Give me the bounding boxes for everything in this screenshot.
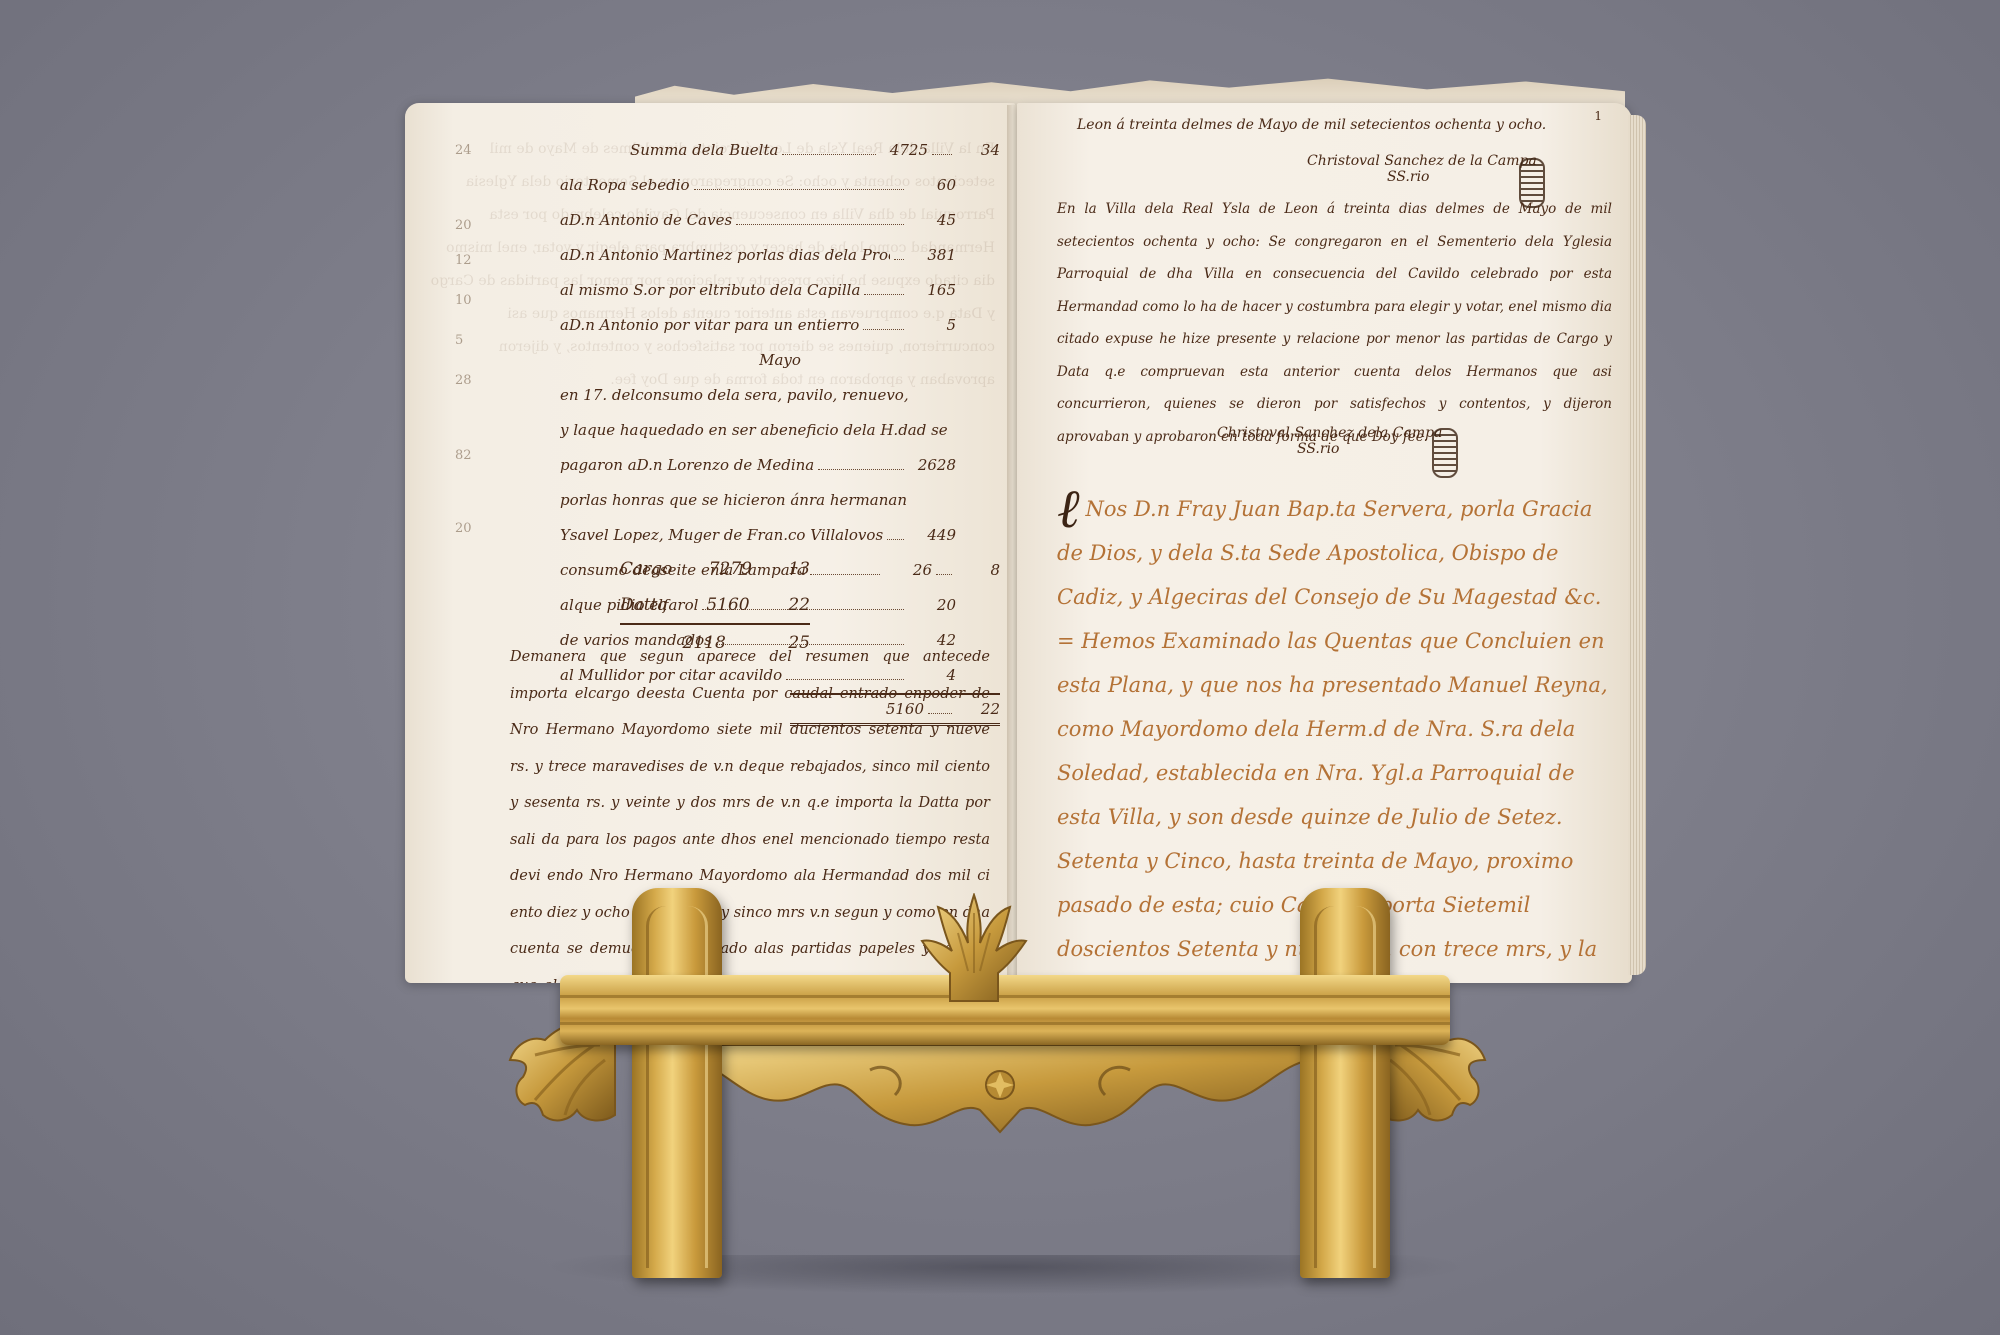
closing-paragraph: Demanera que segun aparece del resumen q… <box>510 639 990 983</box>
ledger-row: pagaron aD.n Lorenzo de Medina 2628 <box>560 448 1000 483</box>
stand-shadow <box>540 1255 1470 1295</box>
bishop-decree: ℓ Nos D.n Fray Juan Bap.ta Servera, porl… <box>1057 487 1617 983</box>
margin-number: 82 <box>455 448 472 463</box>
margin-number: 28 <box>455 373 472 388</box>
margin-number: 10 <box>455 293 472 308</box>
minutes-paragraph: En la Villa dela Real Ysla de Leon á tre… <box>1057 193 1612 453</box>
signature-2: Christoval Sanchez dela Campa SS.rio <box>1217 425 1442 457</box>
ledger-row: al mismo S.or por eltributo dela Capilla… <box>560 273 1000 308</box>
margin-number: 12 <box>455 253 472 268</box>
photo-scene: En la Villa dela Real Ysla de Leon á tre… <box>0 0 2000 1335</box>
margin-number: 20 <box>455 218 472 233</box>
date-line: Leon á treinta delmes de Mayo de mil set… <box>1077 117 1597 133</box>
rubric-flourish-icon <box>1432 428 1458 478</box>
summary-row-cargo: Cargo 7279 13 <box>620 551 810 587</box>
page-stack-edge <box>1628 115 1646 975</box>
ledger-row: aD.n Antonio por vitar para un entierro … <box>560 308 1000 343</box>
margin-number: 20 <box>455 521 472 536</box>
decorated-initial-icon: ℓ <box>1057 487 1080 531</box>
scroll-apron-carving-icon <box>690 1040 1310 1135</box>
rail-groove <box>560 1022 1450 1025</box>
month-heading: Mayo <box>560 343 1000 378</box>
ledger-row: aD.n Antonio de Caves 45 <box>560 203 1000 238</box>
open-manuscript-book: En la Villa dela Real Ysla de Leon á tre… <box>395 75 1650 990</box>
acanthus-leaf-right-icon <box>1370 1005 1490 1130</box>
summary-row-datta: Datta 5160 22 <box>620 587 810 623</box>
ledger-row: Ysavel Lopez, Muger de Fran.co Villalovo… <box>560 518 1000 553</box>
ledger-row: y laque haquedado en ser abeneficio dela… <box>560 413 1000 448</box>
ledger-row: porlas honras que se hicieron ánra herma… <box>560 483 1000 518</box>
margin-number: 5 <box>455 333 463 348</box>
left-page: En la Villa dela Real Ysla de Leon á tre… <box>405 103 1015 983</box>
ledger-row: aD.n Antonio Martinez porlas dias dela P… <box>560 238 1000 273</box>
ledger-row: en 17. delconsumo dela sera, pavilo, ren… <box>560 378 1000 413</box>
margin-number: 24 <box>455 143 472 158</box>
rail-groove <box>560 995 1450 998</box>
acanthus-leaf-left-icon <box>505 1005 625 1130</box>
signature-1: Christoval Sanchez de la Campa SS.rio <box>1307 153 1537 185</box>
ledger-row: ala Ropa sebedio 60 <box>560 168 1000 203</box>
right-page: 1 Leon á treinta delmes de Mayo de mil s… <box>1017 103 1632 983</box>
ledger-header-row: Summa dela Buelta 4725 34 <box>560 133 1000 168</box>
